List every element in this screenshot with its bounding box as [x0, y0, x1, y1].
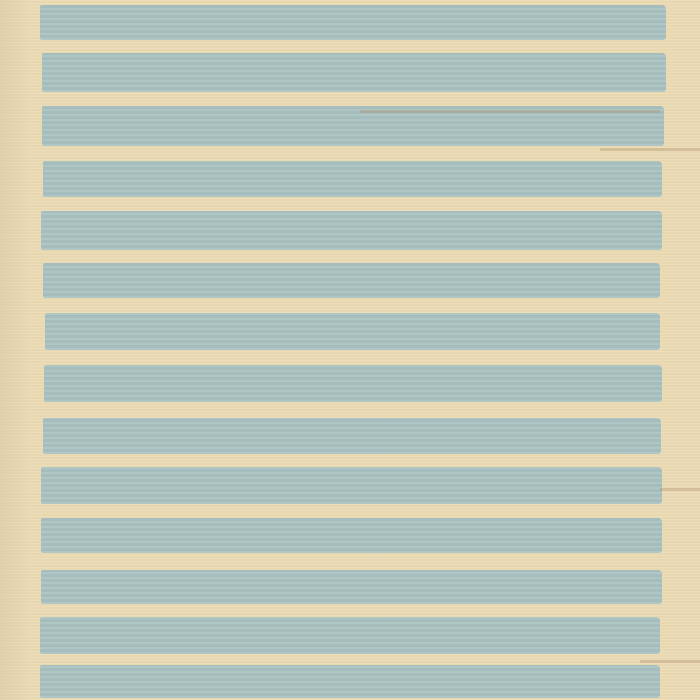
- wear-mark: [360, 110, 660, 113]
- rug-stripe: [45, 313, 660, 350]
- rug-stripe: [43, 263, 660, 298]
- rug-stripe: [41, 570, 662, 604]
- wear-mark: [660, 488, 700, 491]
- rug-stripe: [41, 518, 662, 553]
- rug-stripe: [43, 418, 661, 454]
- rug-stripe: [44, 365, 662, 402]
- rug-stripe: [41, 211, 662, 250]
- rug-stripe: [41, 467, 662, 504]
- rug-stripe: [43, 161, 662, 197]
- striped-rug: [0, 0, 700, 700]
- wear-mark: [600, 148, 700, 151]
- rug-stripe: [40, 5, 666, 40]
- rug-stripe: [42, 53, 666, 92]
- wear-mark: [640, 660, 700, 663]
- rug-stripe: [40, 665, 660, 698]
- rug-stripe: [40, 617, 660, 654]
